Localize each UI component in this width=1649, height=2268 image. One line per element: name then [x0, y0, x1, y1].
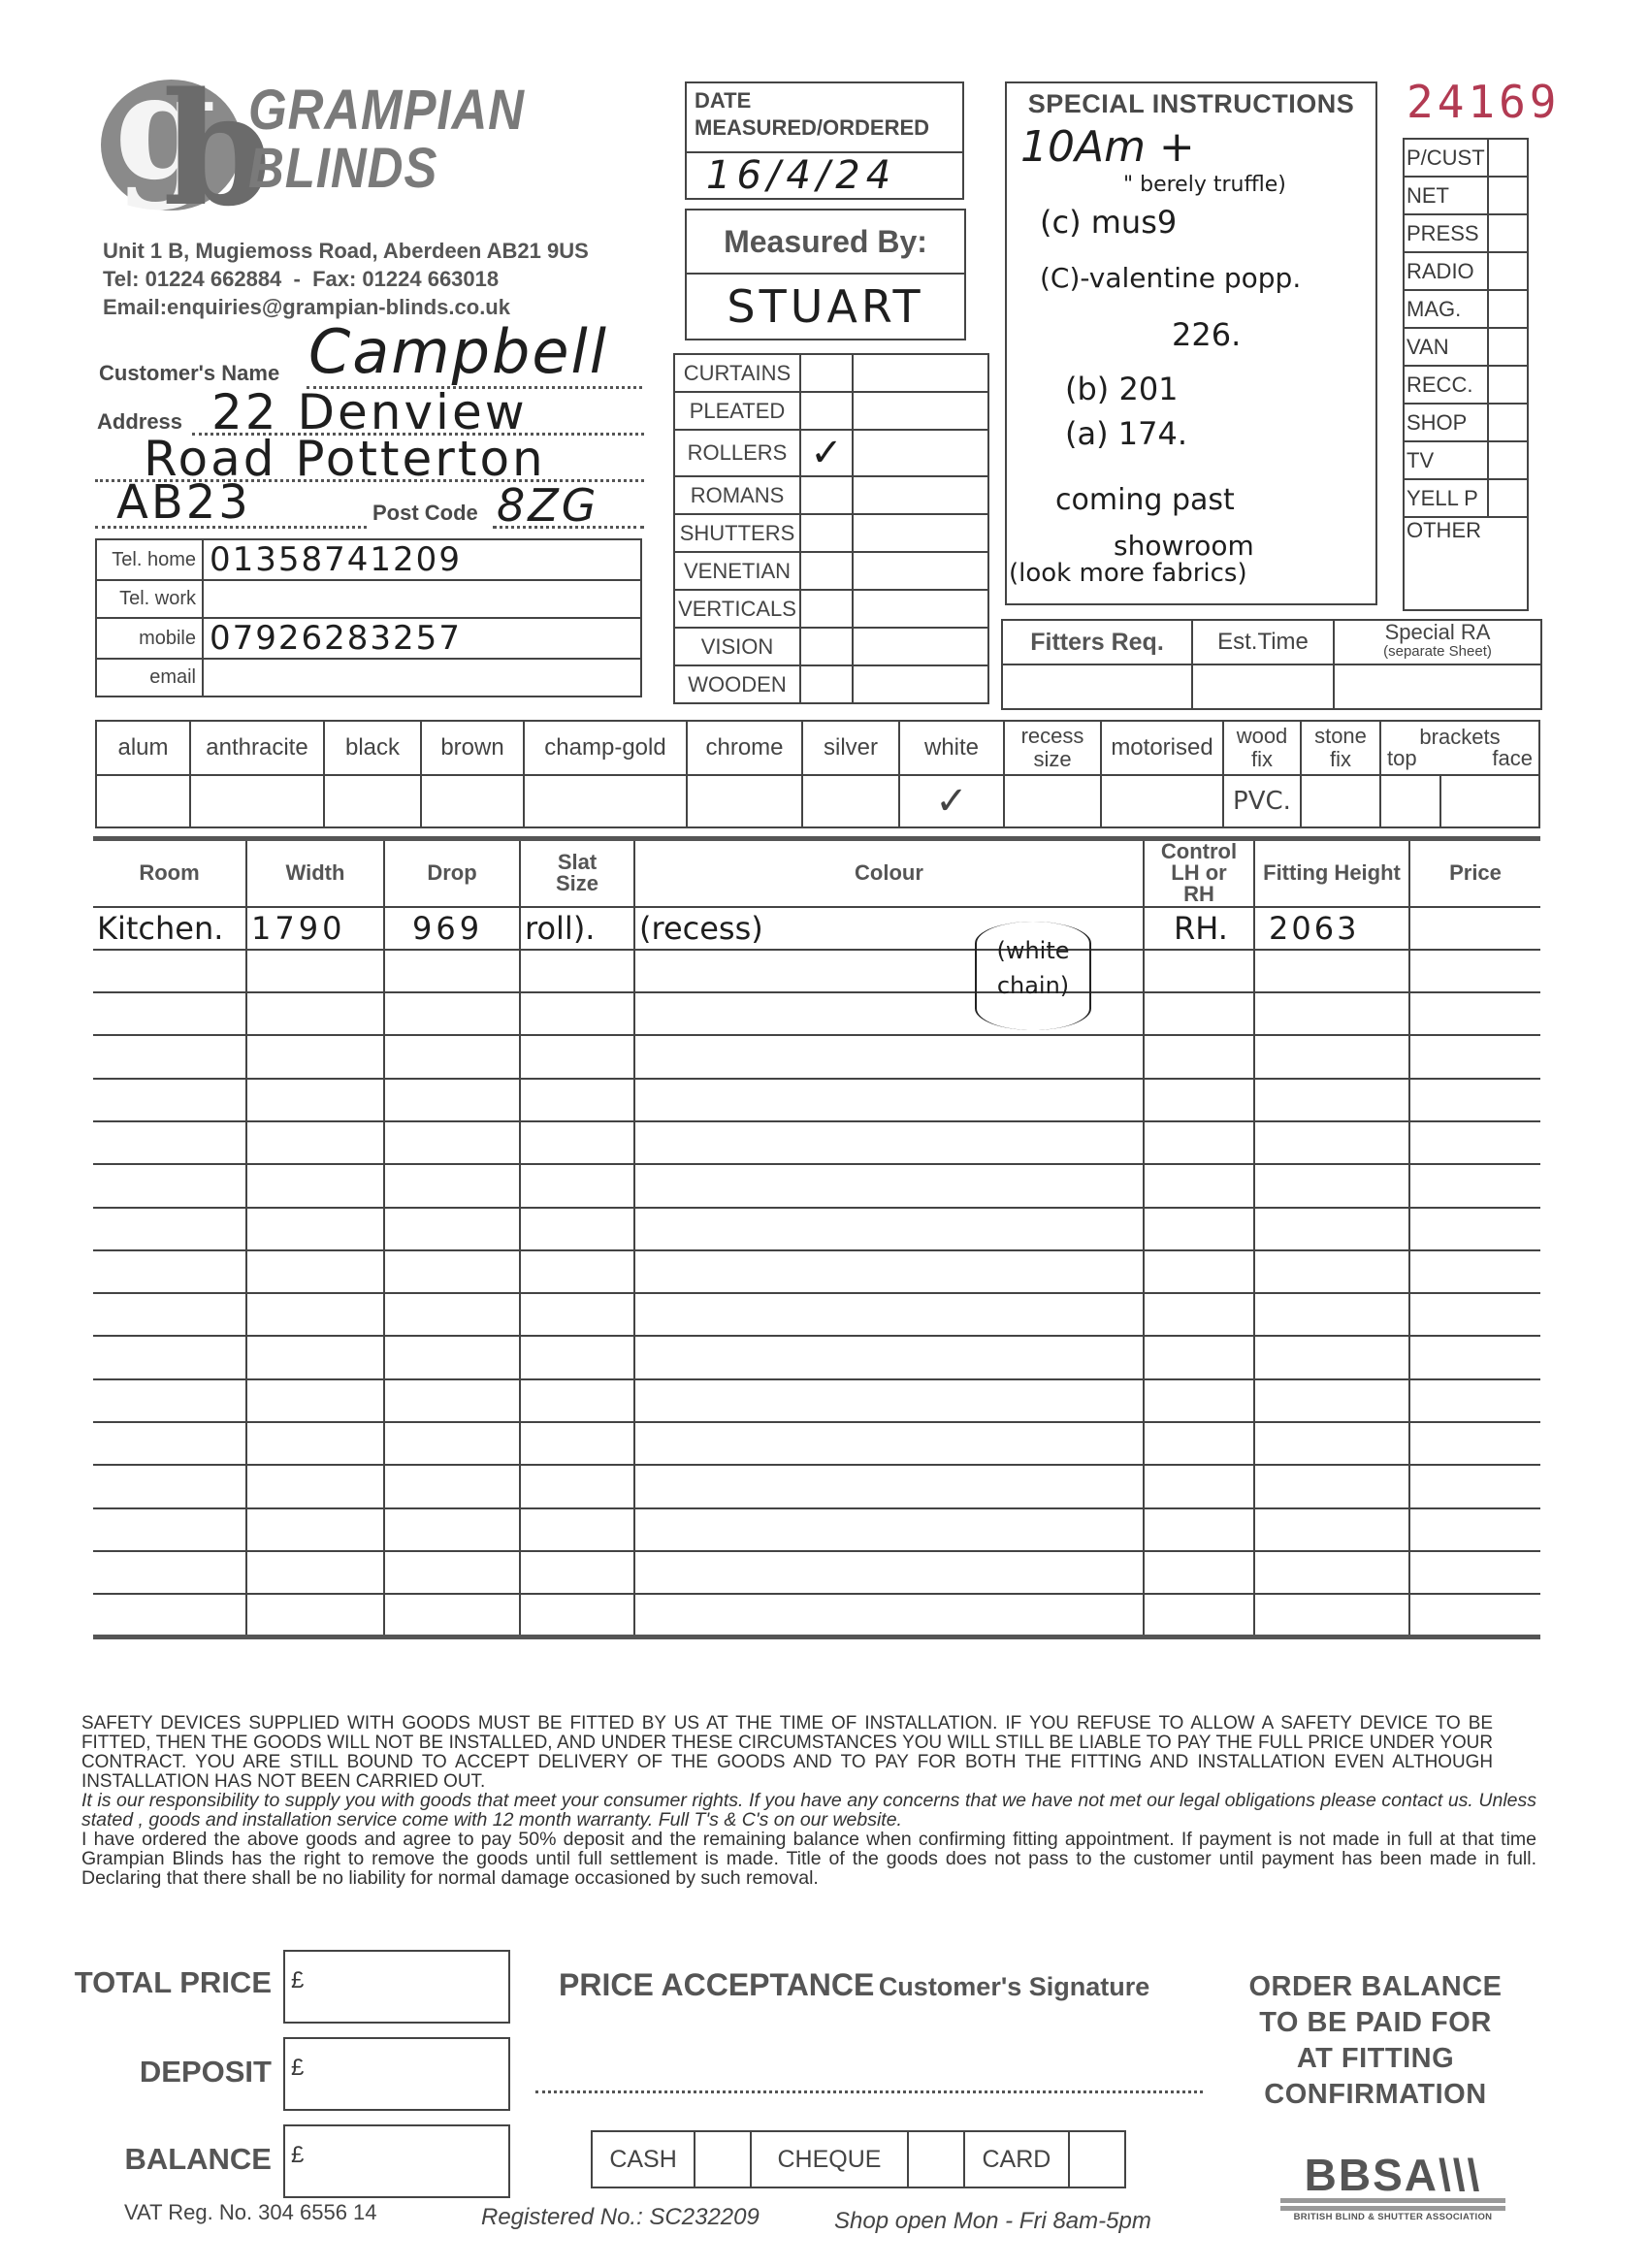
est-time-value[interactable] [1192, 664, 1334, 709]
terms-consumer-rights: It is our responsibility to supply you w… [81, 1791, 1536, 1830]
col-room: Room [93, 839, 246, 907]
source-row: PRESS [1404, 214, 1528, 252]
cash-checkbox[interactable] [695, 2131, 751, 2187]
bbsa-association-name: BRITISH BLIND & SHUTTER ASSOCIATION [1280, 2212, 1505, 2222]
finish-checkbox[interactable] [190, 775, 324, 827]
special-ra-value[interactable] [1334, 664, 1541, 709]
terms-safety: SAFETY DEVICES SUPPLIED WITH GOODS MUST … [81, 1713, 1493, 1791]
product-notes[interactable] [853, 514, 988, 552]
fitters-required-value[interactable] [1002, 664, 1192, 709]
product-row: VISION [674, 628, 988, 665]
special-note-line: 10Am + [1020, 122, 1195, 172]
table-row-empty [93, 1208, 1540, 1250]
deposit-label: DEPOSIT [68, 2055, 272, 2090]
table-row-empty [93, 1379, 1540, 1422]
cell-room[interactable]: Kitchen. [93, 907, 246, 950]
total-price-label: TOTAL PRICE [68, 1965, 272, 2000]
source-label: MAG. [1404, 290, 1488, 328]
cell-fitting-height[interactable]: 2063 [1254, 907, 1409, 950]
address-line-3[interactable]: AB23 [116, 475, 251, 530]
finish-header: stone fix [1301, 721, 1380, 775]
finish-header: champ-gold [524, 721, 687, 775]
product-row: VENETIAN [674, 552, 988, 590]
brackets-top-checkbox[interactable] [1380, 775, 1440, 827]
source-checkbox[interactable] [1488, 139, 1528, 177]
wood-fix-value[interactable]: PVC. [1223, 775, 1301, 827]
source-checkbox[interactable] [1488, 214, 1528, 252]
finish-checkbox[interactable] [802, 775, 899, 827]
postcode-label: Post Code [372, 501, 478, 526]
price-acceptance-title: PRICE ACCEPTANCE [559, 1967, 874, 2002]
card-label: CARD [964, 2131, 1069, 2187]
product-checkbox[interactable] [800, 514, 853, 552]
contact-row: Tel. work [96, 580, 641, 618]
special-note-line: 226. [1172, 316, 1241, 353]
product-notes[interactable] [853, 392, 988, 430]
finish-header: recess size [1004, 721, 1101, 775]
col-colour: Colour [634, 839, 1144, 907]
tel-work-value[interactable] [203, 580, 641, 618]
table-row-empty [93, 992, 1540, 1035]
fitters-required-label: Fitters Req. [1002, 620, 1192, 664]
finish-checkbox[interactable] [1004, 775, 1101, 827]
product-checkbox[interactable] [800, 476, 853, 514]
source-checkbox[interactable] [1488, 252, 1528, 290]
product-row: SHUTTERS [674, 514, 988, 552]
special-note-line: " berely truffle) [1123, 173, 1286, 197]
source-checkbox[interactable] [1488, 441, 1528, 479]
product-notes[interactable] [853, 476, 988, 514]
customer-name-value[interactable]: Campbell [308, 316, 608, 387]
source-checkbox[interactable] [1488, 328, 1528, 366]
special-note-line: (look more fabrics) [1009, 559, 1247, 588]
table-row: Kitchen. 1790 969 roll). (recess) (white… [93, 907, 1540, 950]
tel-work-label: Tel. work [96, 580, 203, 618]
product-notes[interactable] [853, 590, 988, 628]
bbsa-stripes [1280, 2198, 1505, 2212]
order-balance-notice: ORDER BALANCE TO BE PAID FOR AT FITTING … [1230, 1969, 1521, 2113]
bbsa-logo: BBSA\\\ BRITISH BLIND & SHUTTER ASSOCIAT… [1280, 2154, 1505, 2222]
product-checkbox[interactable] [800, 628, 853, 665]
postcode-value[interactable]: 8ZG [497, 479, 598, 532]
finish-checkbox[interactable] [1301, 775, 1380, 827]
cheque-label: CHEQUE [751, 2131, 908, 2187]
product-row: CURTAINS [674, 354, 988, 392]
table-row-empty [93, 1035, 1540, 1078]
payment-method-table: CASH CHEQUE CARD [591, 2130, 1126, 2188]
contact-row: Tel. home01358741209 [96, 539, 641, 580]
special-note-line: coming past [1055, 483, 1235, 517]
balance-field[interactable]: £ [283, 2124, 510, 2198]
product-row: PLEATED [674, 392, 988, 430]
table-row-empty [93, 1250, 1540, 1293]
company-tel-fax: Tel: 01224 662884 - Fax: 01224 663018 [103, 265, 589, 293]
source-row-other: OTHER [1404, 517, 1528, 610]
product-row: ROLLERS✓ [674, 430, 988, 476]
finish-checkbox[interactable] [324, 775, 421, 827]
source-label: PRESS [1404, 214, 1488, 252]
contact-row: mobile07926283257 [96, 618, 641, 659]
source-label: VAN [1404, 328, 1488, 366]
email-label: email [96, 659, 203, 697]
special-note-line: (C)-valentine popp. [1040, 262, 1301, 294]
source-checkbox[interactable] [1488, 177, 1528, 214]
finish-header: white [899, 721, 1004, 775]
card-checkbox[interactable] [1069, 2131, 1125, 2187]
finish-header: black [324, 721, 421, 775]
product-checkbox[interactable] [800, 552, 853, 590]
cash-label: CASH [592, 2131, 695, 2187]
source-row: SHOP [1404, 404, 1528, 441]
special-ra-label: Special RA(separate Sheet) [1334, 620, 1541, 664]
table-row-empty [93, 1164, 1540, 1207]
colour-note: (white chain) [975, 922, 1091, 1030]
table-row-empty [93, 1336, 1540, 1378]
product-checkbox[interactable] [800, 590, 853, 628]
table-row-empty [93, 1551, 1540, 1594]
table-row-empty [93, 1594, 1540, 1636]
product-notes[interactable] [853, 628, 988, 665]
postcode-rule [493, 526, 644, 529]
source-label: P/CUST [1404, 139, 1488, 177]
product-checkbox[interactable] [800, 392, 853, 430]
finish-options-table: alum anthracite black brown champ-gold c… [95, 720, 1540, 828]
order-items-table: Room Width Drop Slat Size Colour Control… [93, 836, 1540, 1639]
col-slat-size: Slat Size [520, 839, 634, 907]
product-checkbox-checked[interactable]: ✓ [800, 430, 853, 476]
finish-header: anthracite [190, 721, 324, 775]
shop-hours: Shop open Mon - Fri 8am-5pm [834, 2208, 1151, 2235]
special-instructions-title: SPECIAL INSTRUCTIONS [1007, 83, 1375, 119]
finish-header: alum [96, 721, 190, 775]
brand-name: GRAMPIAN BLINDS [248, 81, 525, 198]
brackets-header: brackets top face [1380, 721, 1539, 775]
product-label: SHUTTERS [674, 514, 800, 552]
date-measured-box: DATE MEASURED/ORDERED 16/4/24 [685, 81, 964, 200]
brand-line-2: BLINDS [248, 140, 525, 198]
mobile-value[interactable]: 07926283257 [203, 618, 641, 659]
finish-checkbox[interactable] [687, 775, 802, 827]
bbsa-wordmark: BBSA\\\ [1280, 2154, 1505, 2196]
tel-home-value[interactable]: 01358741209 [203, 539, 641, 580]
fitters-table: Fitters Req. Est.Time Special RA(separat… [1001, 619, 1542, 710]
source-row: MAG. [1404, 290, 1528, 328]
company-info: Unit 1 B, Mugiemoss Road, Aberdeen AB21 … [103, 237, 589, 321]
lead-source-table: P/CUST NET PRESS RADIO MAG. VAN RECC. SH… [1403, 138, 1529, 611]
email-value[interactable] [203, 659, 641, 697]
product-checkbox[interactable] [800, 354, 853, 392]
product-notes[interactable] [853, 552, 988, 590]
source-row: TV [1404, 441, 1528, 479]
product-row: ROMANS [674, 476, 988, 514]
product-notes[interactable] [853, 354, 988, 392]
vat-number: VAT Reg. No. 304 6556 14 [124, 2200, 377, 2225]
source-row: NET [1404, 177, 1528, 214]
source-label: NET [1404, 177, 1488, 214]
source-label: SHOP [1404, 404, 1488, 441]
finish-checkbox[interactable] [421, 775, 524, 827]
brand-line-1: GRAMPIAN [248, 81, 525, 140]
col-width: Width [246, 839, 384, 907]
source-checkbox[interactable] [1488, 366, 1528, 404]
company-address: Unit 1 B, Mugiemoss Road, Aberdeen AB21 … [103, 237, 589, 265]
date-label: DATE MEASURED/ORDERED [687, 83, 962, 153]
source-row: RADIO [1404, 252, 1528, 290]
product-label: ROMANS [674, 476, 800, 514]
product-type-table: CURTAINS PLEATED ROLLERS✓ ROMANS SHUTTER… [673, 353, 989, 704]
price-acceptance: PRICE ACCEPTANCE Customer's Signature [559, 1967, 1149, 2003]
measured-by-label: Measured By: [687, 211, 964, 275]
cell-colour[interactable]: (recess) (white chain) [634, 907, 1144, 950]
order-number: 24169 [1406, 76, 1560, 128]
product-row: WOODEN [674, 665, 988, 703]
source-checkbox[interactable] [1488, 479, 1528, 517]
table-row-empty [93, 1422, 1540, 1465]
product-notes[interactable] [853, 665, 988, 703]
address-line-3-rule [95, 526, 367, 529]
source-label: YELL P [1404, 479, 1488, 517]
special-note-line: (c) mus9 [1040, 204, 1177, 241]
source-checkbox[interactable] [1488, 404, 1528, 441]
brackets-face-checkbox[interactable] [1440, 775, 1539, 827]
col-drop: Drop [384, 839, 520, 907]
col-control: Control LH or RH [1144, 839, 1254, 907]
date-value[interactable]: 16/4/24 [687, 153, 962, 198]
deposit-field[interactable]: £ [283, 2037, 510, 2111]
customer-signature-label: Customer's Signature [879, 1972, 1149, 2001]
product-label: CURTAINS [674, 354, 800, 392]
product-label: WOODEN [674, 665, 800, 703]
terms-agreement: I have ordered the above goods and agree… [81, 1830, 1536, 1888]
product-label: ROLLERS [674, 430, 800, 476]
product-label: VISION [674, 628, 800, 665]
product-label: VENETIAN [674, 552, 800, 590]
contact-row: email [96, 659, 641, 697]
table-row-empty [93, 950, 1540, 992]
source-label: RADIO [1404, 252, 1488, 290]
measured-by-box: Measured By: STUART [685, 209, 966, 340]
customer-name-label: Customer's Name [99, 361, 279, 386]
est-time-label: Est.Time [1192, 620, 1334, 664]
cell-drop[interactable]: 969 [384, 907, 520, 950]
product-label: PLEATED [674, 392, 800, 430]
col-fitting-height: Fitting Height [1254, 839, 1409, 907]
signature-field[interactable] [535, 2090, 1203, 2093]
cell-control[interactable]: RH. [1144, 907, 1254, 950]
finish-checkbox-white-checked[interactable]: ✓ [899, 775, 1004, 827]
source-checkbox[interactable] [1488, 290, 1528, 328]
source-row: RECC. [1404, 366, 1528, 404]
cheque-checkbox[interactable] [908, 2131, 964, 2187]
special-note-line: (b) 201 [1065, 371, 1179, 407]
finish-checkbox[interactable] [1101, 775, 1223, 827]
source-other-field[interactable]: OTHER [1404, 517, 1528, 610]
finish-header: chrome [687, 721, 802, 775]
cell-width[interactable]: 1790 [246, 907, 384, 950]
special-instructions-box[interactable]: SPECIAL INSTRUCTIONS 10Am + " berely tru… [1005, 81, 1377, 605]
tel-home-label: Tel. home [96, 539, 203, 580]
product-label: VERTICALS [674, 590, 800, 628]
balance-label: BALANCE [68, 2142, 272, 2177]
finish-checkbox[interactable] [96, 775, 190, 827]
source-label: TV [1404, 441, 1488, 479]
product-notes[interactable] [853, 430, 988, 476]
cell-slat-size[interactable]: roll). [520, 907, 634, 950]
table-row-empty [93, 1079, 1540, 1121]
cell-price[interactable] [1409, 907, 1540, 950]
terms-and-conditions: SAFETY DEVICES SUPPLIED WITH GOODS MUST … [81, 1713, 1536, 1888]
product-row: VERTICALS [674, 590, 988, 628]
finish-header: wood fix [1223, 721, 1301, 775]
special-note-line: (a) 174. [1065, 415, 1187, 452]
finish-checkbox[interactable] [524, 775, 687, 827]
col-price: Price [1409, 839, 1540, 907]
special-note-line: showroom [1114, 530, 1254, 562]
table-row-empty [93, 1293, 1540, 1336]
finish-header: brown [421, 721, 524, 775]
table-row-empty [93, 1508, 1540, 1551]
product-checkbox[interactable] [800, 665, 853, 703]
finish-header: motorised [1101, 721, 1223, 775]
source-row: VAN [1404, 328, 1528, 366]
source-row: P/CUST [1404, 139, 1528, 177]
total-price-field[interactable]: £ [283, 1950, 510, 2024]
registered-number: Registered No.: SC232209 [481, 2204, 760, 2231]
mobile-label: mobile [96, 618, 203, 659]
finish-header: silver [802, 721, 899, 775]
source-label: RECC. [1404, 366, 1488, 404]
table-row-empty [93, 1465, 1540, 1507]
source-row: YELL P [1404, 479, 1528, 517]
measured-by-value[interactable]: STUART [687, 275, 964, 339]
table-row-empty [93, 1121, 1540, 1164]
contact-table: Tel. home01358741209 Tel. work mobile079… [95, 538, 642, 697]
